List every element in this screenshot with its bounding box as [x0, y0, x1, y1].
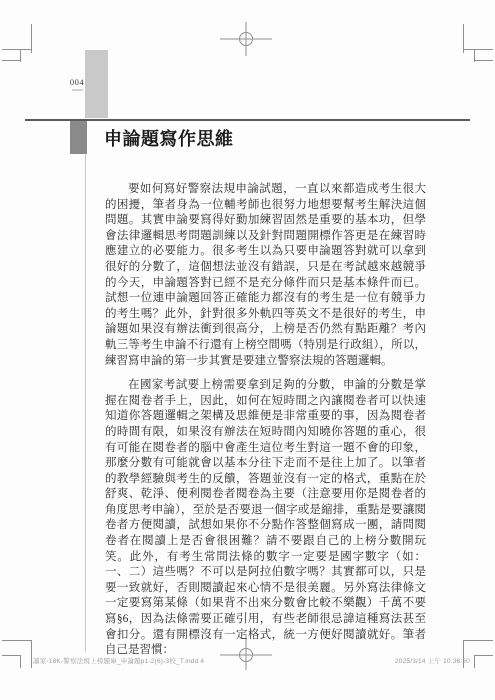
- chapter-title: 申論題寫作思維: [104, 125, 234, 151]
- registration-mark-top-icon: [218, 16, 274, 62]
- footer-timestamp: 2025/3/14 上午 10:36:50: [395, 656, 470, 665]
- margin-vertical-rule: [85, 154, 86, 652]
- page-number: 004: [65, 77, 89, 87]
- body-paragraph: 在國家考試要上榜需要拿到足夠的分數，申論的分數是掌握在閱卷者手上，因此，如何在短…: [105, 378, 426, 659]
- body-paragraph: 要如何寫好警察法規申論試題，一直以來都造成考生很大的困擾，筆者身為一位輔考師也很…: [105, 182, 426, 369]
- page-number-underline: [72, 89, 83, 91]
- header-rule: [25, 119, 470, 121]
- printed-page: 004 申論題寫作思維 要如何寫好警察法規申論試題，一直以來都造成考生很大的困擾…: [0, 0, 495, 700]
- chapter-marker-block: [70, 121, 87, 154]
- footer-filename: 讀家-18K-警察法規上榜題庫_申論題p1-2(6)-3校_T.indd 4: [33, 656, 204, 665]
- page-number-block: 004: [65, 77, 89, 91]
- body-text-block: 要如何寫好警察法規申論試題，一直以來都造成考生很大的困擾，筆者身為一位輔考師也很…: [105, 182, 426, 659]
